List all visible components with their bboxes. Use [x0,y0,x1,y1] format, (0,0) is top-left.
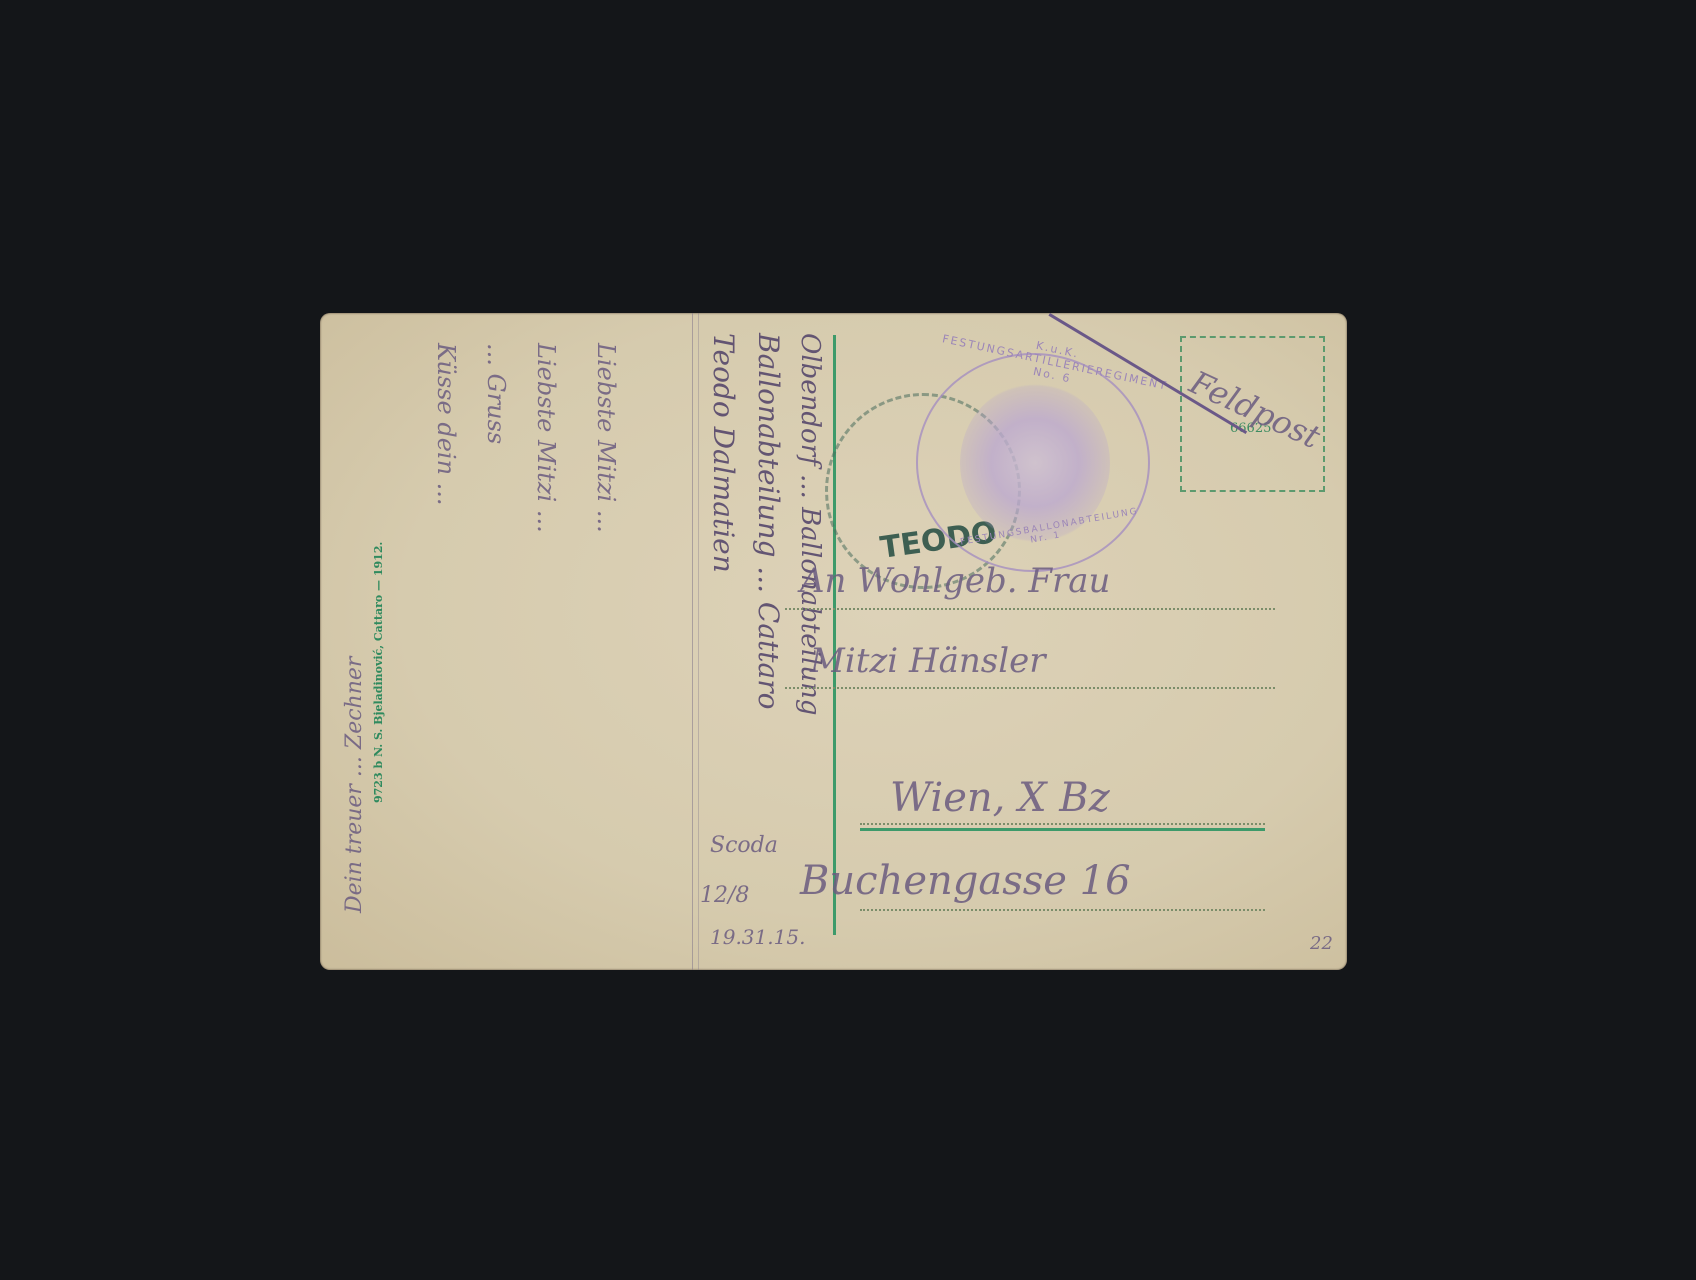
address-rule [860,823,1265,825]
message-line: Liebste Mitzi ... [592,343,620,533]
date-annotation: Scoda [710,833,778,858]
corner-number: 22 [1310,933,1333,954]
message-line: Dein treuer ... Zechner [342,657,367,913]
address-line: Mitzi Hänsler [810,641,1045,681]
address-line: Buchengasse 16 [800,858,1131,904]
message-line: ... Gruss [482,343,510,444]
center-divider [833,335,836,935]
message-line: Liebste Mitzi ... [532,343,560,533]
pencil-divider-line-2 [698,313,699,970]
message-line: Ballonabteilung ... Cattaro [752,333,785,709]
address-rule [785,687,1275,689]
date-annotation: 12/8 [700,883,749,908]
address-line: An Wohlgeb. Frau [800,561,1110,601]
date-annotation: 19.31.15. [710,925,805,949]
pencil-divider-line [692,313,693,970]
address-rule [860,909,1265,911]
address-line: Wien, X Bz [890,775,1110,821]
message-line: Teodo Dalmatien [707,333,740,573]
address-rule [785,608,1275,610]
publisher-imprint: 9723 b N. S. Bjeladinović, Cattaro — 191… [372,503,385,803]
address-underline [860,828,1265,831]
postcard: 9723 b N. S. Bjeladinović, Cattaro — 191… [320,313,1347,970]
message-line: Küsse dein ... [432,343,460,506]
